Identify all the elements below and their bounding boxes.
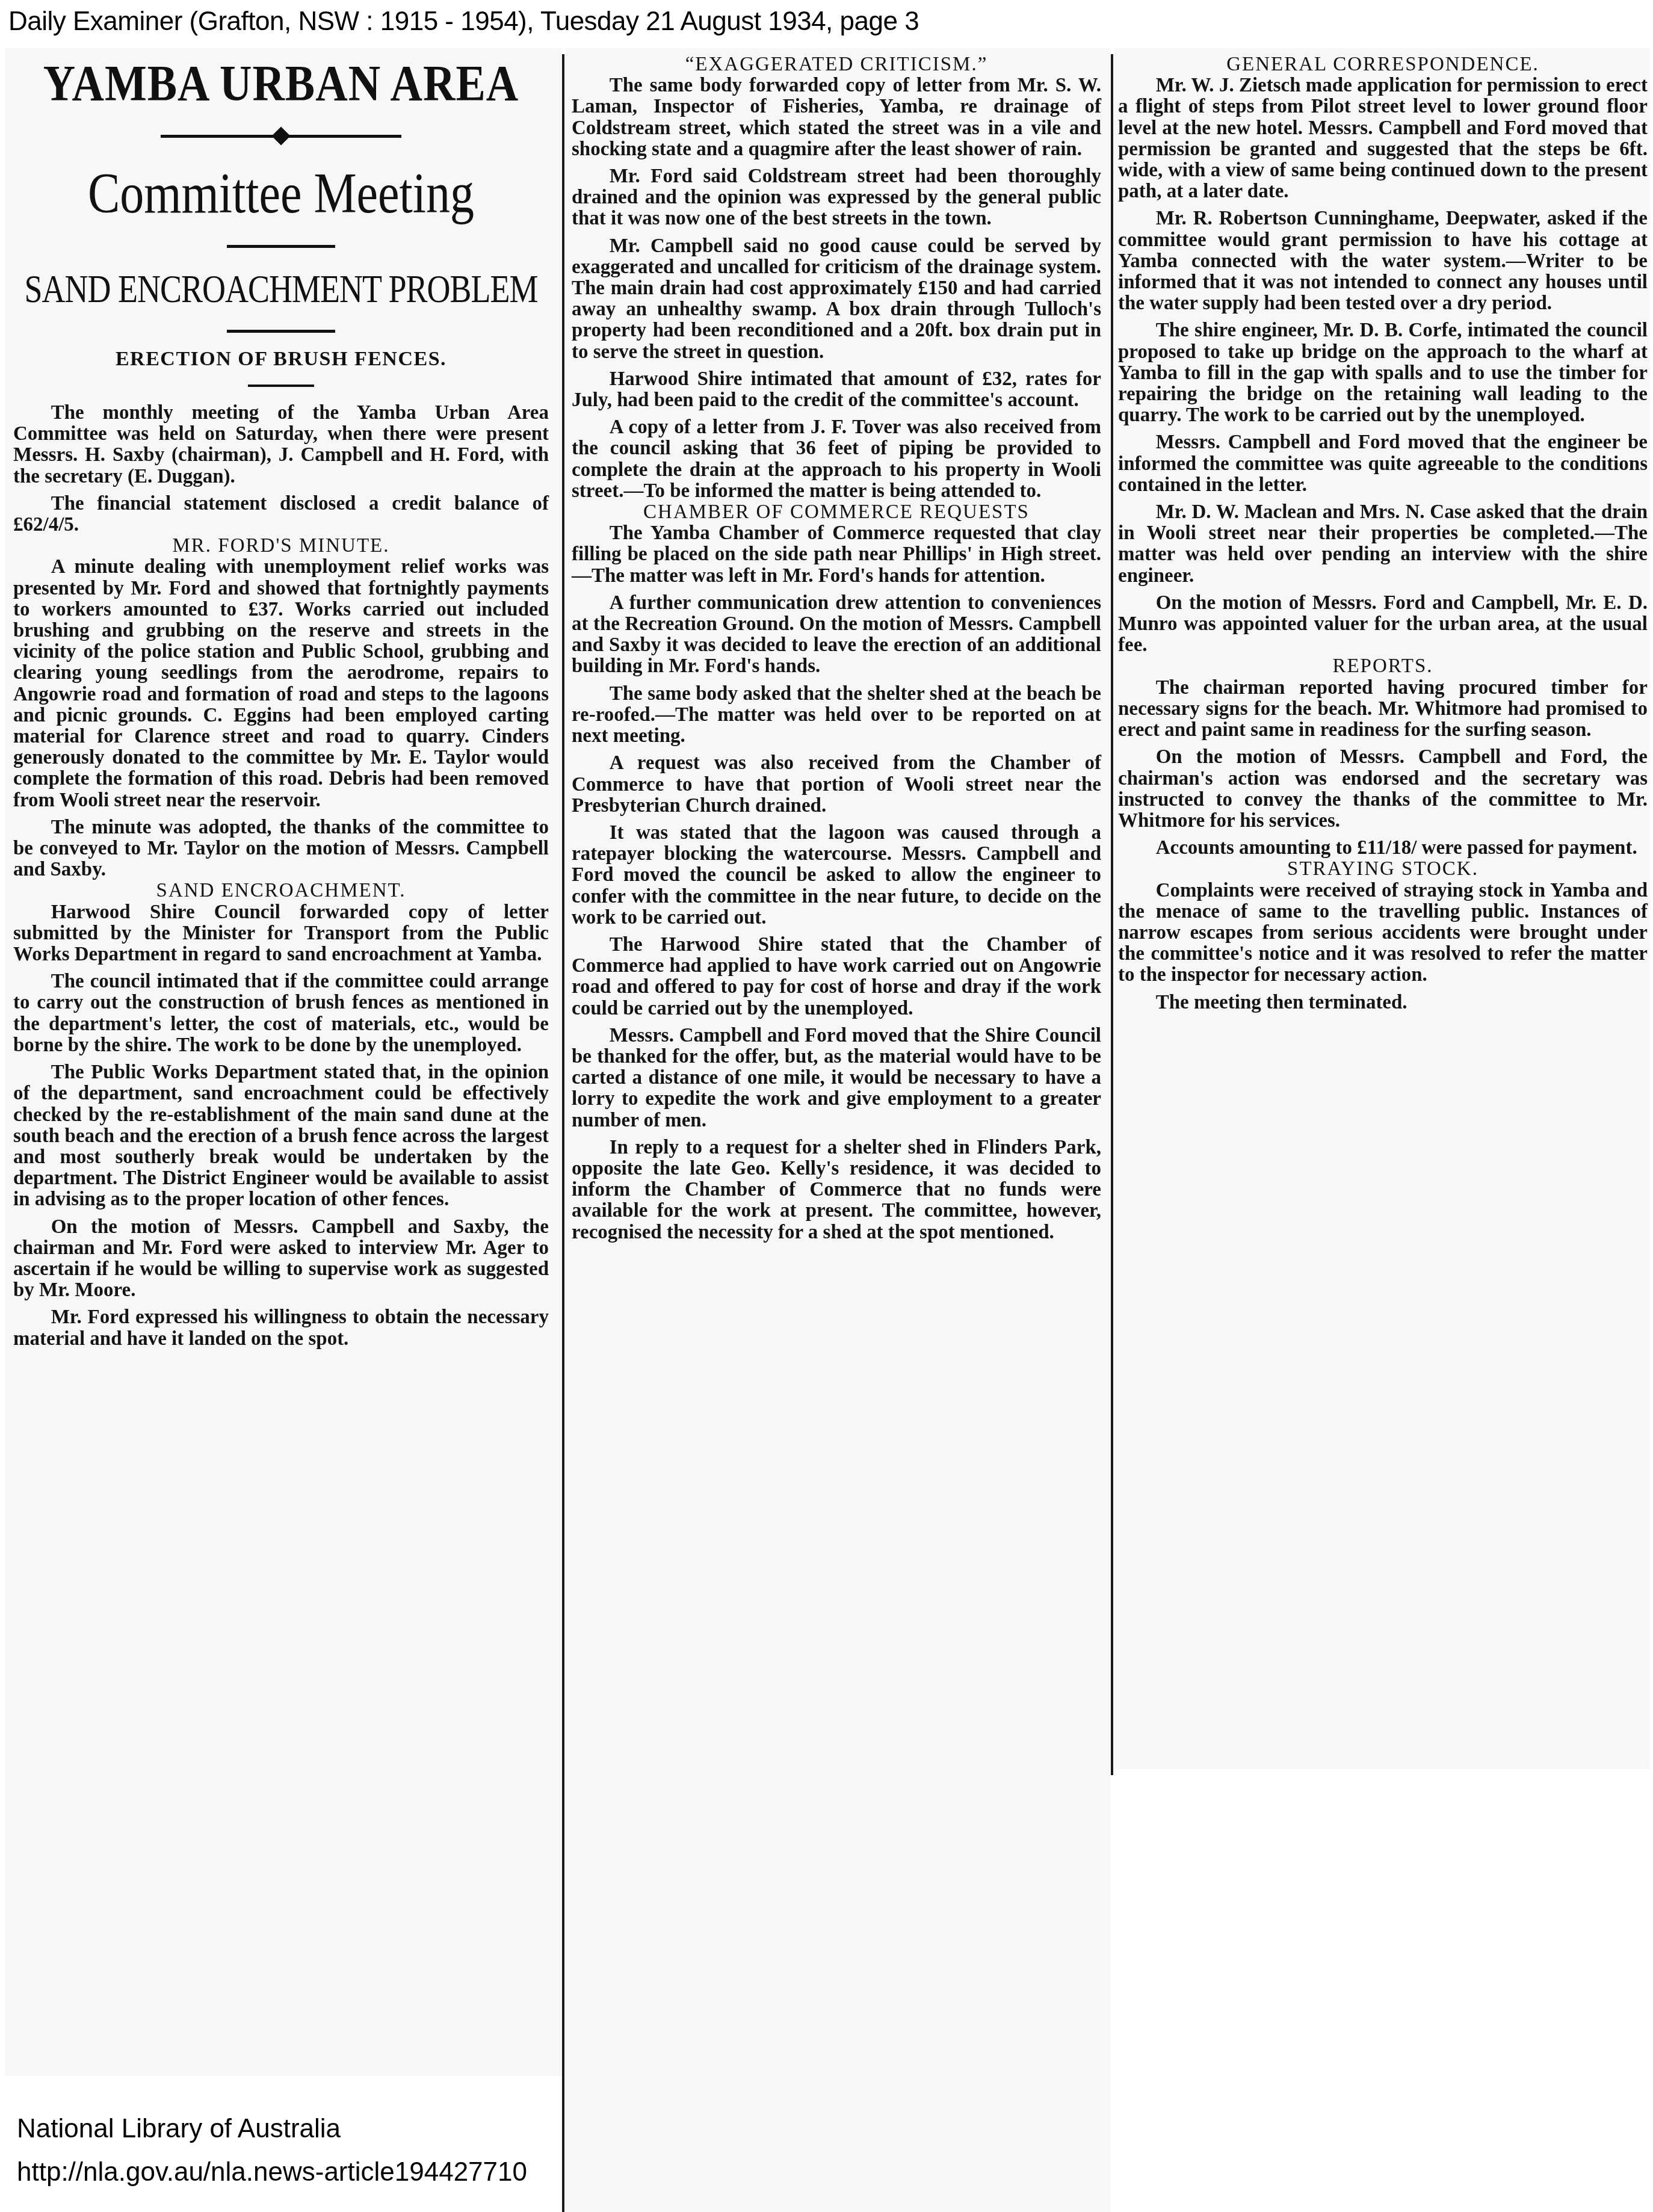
headline-subtitle: Committee Meeting bbox=[13, 154, 549, 233]
article-column-3: GENERAL CORRESPONDENCE.Mr. W. J. Zietsch… bbox=[1118, 54, 1648, 1013]
article-url[interactable]: http://nla.gov.au/nla.news-article194427… bbox=[17, 2155, 527, 2189]
paragraph: Messrs. Campbell and Ford moved that the… bbox=[1118, 432, 1648, 496]
paragraph: The meeting then terminated. bbox=[1118, 992, 1648, 1013]
column-divider bbox=[562, 54, 564, 2212]
article-column-1: YAMBA URBAN AREA Committee Meeting SAND … bbox=[13, 54, 549, 1350]
section-heading: STRAYING STOCK. bbox=[1118, 859, 1648, 880]
paragraph: A copy of a letter from J. F. Tover was … bbox=[572, 417, 1101, 502]
paragraph: Harwood Shire Council forwarded copy of … bbox=[13, 902, 549, 966]
section-heading: REPORTS. bbox=[1118, 656, 1648, 677]
paragraph: On the motion of Messrs. Campbell and Sa… bbox=[13, 1217, 549, 1302]
section-heading: CHAMBER OF COMMERCE REQUESTS bbox=[572, 502, 1101, 523]
headline-subdeck: ERECTION OF BRUSH FENCES. bbox=[13, 341, 549, 377]
article-column-2: “EXAGGERATED CRITICISM.”The same body fo… bbox=[572, 54, 1101, 1243]
paragraph: The council intimated that if the commit… bbox=[13, 971, 549, 1056]
paragraph: The shire engineer, Mr. D. B. Corfe, int… bbox=[1118, 320, 1648, 426]
paragraph: Mr. Ford said Coldstream street had been… bbox=[572, 166, 1101, 230]
paragraph: Mr. R. Robertson Cunninghame, Deepwater,… bbox=[1118, 208, 1648, 314]
paragraph: The minute was adopted, the thanks of th… bbox=[13, 817, 549, 881]
ornament-rule bbox=[161, 135, 401, 138]
section-heading: SAND ENCROACHMENT. bbox=[13, 880, 549, 901]
paragraph: A request was also received from the Cha… bbox=[572, 753, 1101, 817]
paragraph: On the motion of Messrs. Campbell and Fo… bbox=[1118, 747, 1648, 832]
page-caption: Daily Examiner (Grafton, NSW : 1915 - 19… bbox=[8, 5, 919, 39]
section-heading: MR. FORD'S MINUTE. bbox=[13, 536, 549, 557]
paragraph: The chairman reported having procured ti… bbox=[1118, 678, 1648, 741]
paragraph: It was stated that the lagoon was caused… bbox=[572, 823, 1101, 928]
paragraph: A further communication drew attention t… bbox=[572, 593, 1101, 678]
paragraph: Messrs. Campbell and Ford moved that the… bbox=[572, 1025, 1101, 1131]
paragraph: Harwood Shire intimated that amount of £… bbox=[572, 369, 1101, 411]
paragraph: Accounts amounting to £11/18/ were passe… bbox=[1118, 838, 1648, 859]
paragraph: The same body asked that the shelter she… bbox=[572, 684, 1101, 747]
paragraph: Mr. D. W. Maclean and Mrs. N. Case asked… bbox=[1118, 502, 1648, 587]
source-credit: National Library of Australia bbox=[17, 2112, 341, 2146]
paragraph: Mr. Ford expressed his willingness to ob… bbox=[13, 1307, 549, 1349]
section-heading: GENERAL CORRESPONDENCE. bbox=[1118, 54, 1648, 75]
paragraph: The financial statement disclosed a cred… bbox=[13, 493, 549, 536]
headline-block: YAMBA URBAN AREA Committee Meeting SAND … bbox=[13, 57, 549, 387]
section-heading: “EXAGGERATED CRITICISM.” bbox=[572, 54, 1101, 75]
short-rule bbox=[227, 330, 335, 333]
paragraph: The Yamba Chamber of Commerce requested … bbox=[572, 523, 1101, 587]
paragraph: The Public Works Department stated that,… bbox=[13, 1062, 549, 1210]
short-rule bbox=[248, 385, 314, 387]
paragraph: A minute dealing with unemployment relie… bbox=[13, 557, 549, 811]
paragraph: The monthly meeting of the Yamba Urban A… bbox=[13, 403, 549, 487]
paragraph: Mr. Campbell said no good cause could be… bbox=[572, 236, 1101, 363]
paragraph: The Harwood Shire stated that the Chambe… bbox=[572, 935, 1101, 1019]
paragraph: In reply to a request for a shelter shed… bbox=[572, 1137, 1101, 1243]
paragraph: Mr. W. J. Zietsch made application for p… bbox=[1118, 75, 1648, 202]
column-divider bbox=[1111, 54, 1113, 1775]
headline-title: YAMBA URBAN AREA bbox=[13, 52, 549, 115]
short-rule bbox=[227, 245, 335, 248]
headline-deck: SAND ENCROACHMENT PROBLEM bbox=[13, 260, 549, 318]
paragraph: Complaints were received of straying sto… bbox=[1118, 880, 1648, 986]
paragraph: On the motion of Messrs. Ford and Campbe… bbox=[1118, 593, 1648, 656]
paragraph: The same body forwarded copy of letter f… bbox=[572, 75, 1101, 160]
